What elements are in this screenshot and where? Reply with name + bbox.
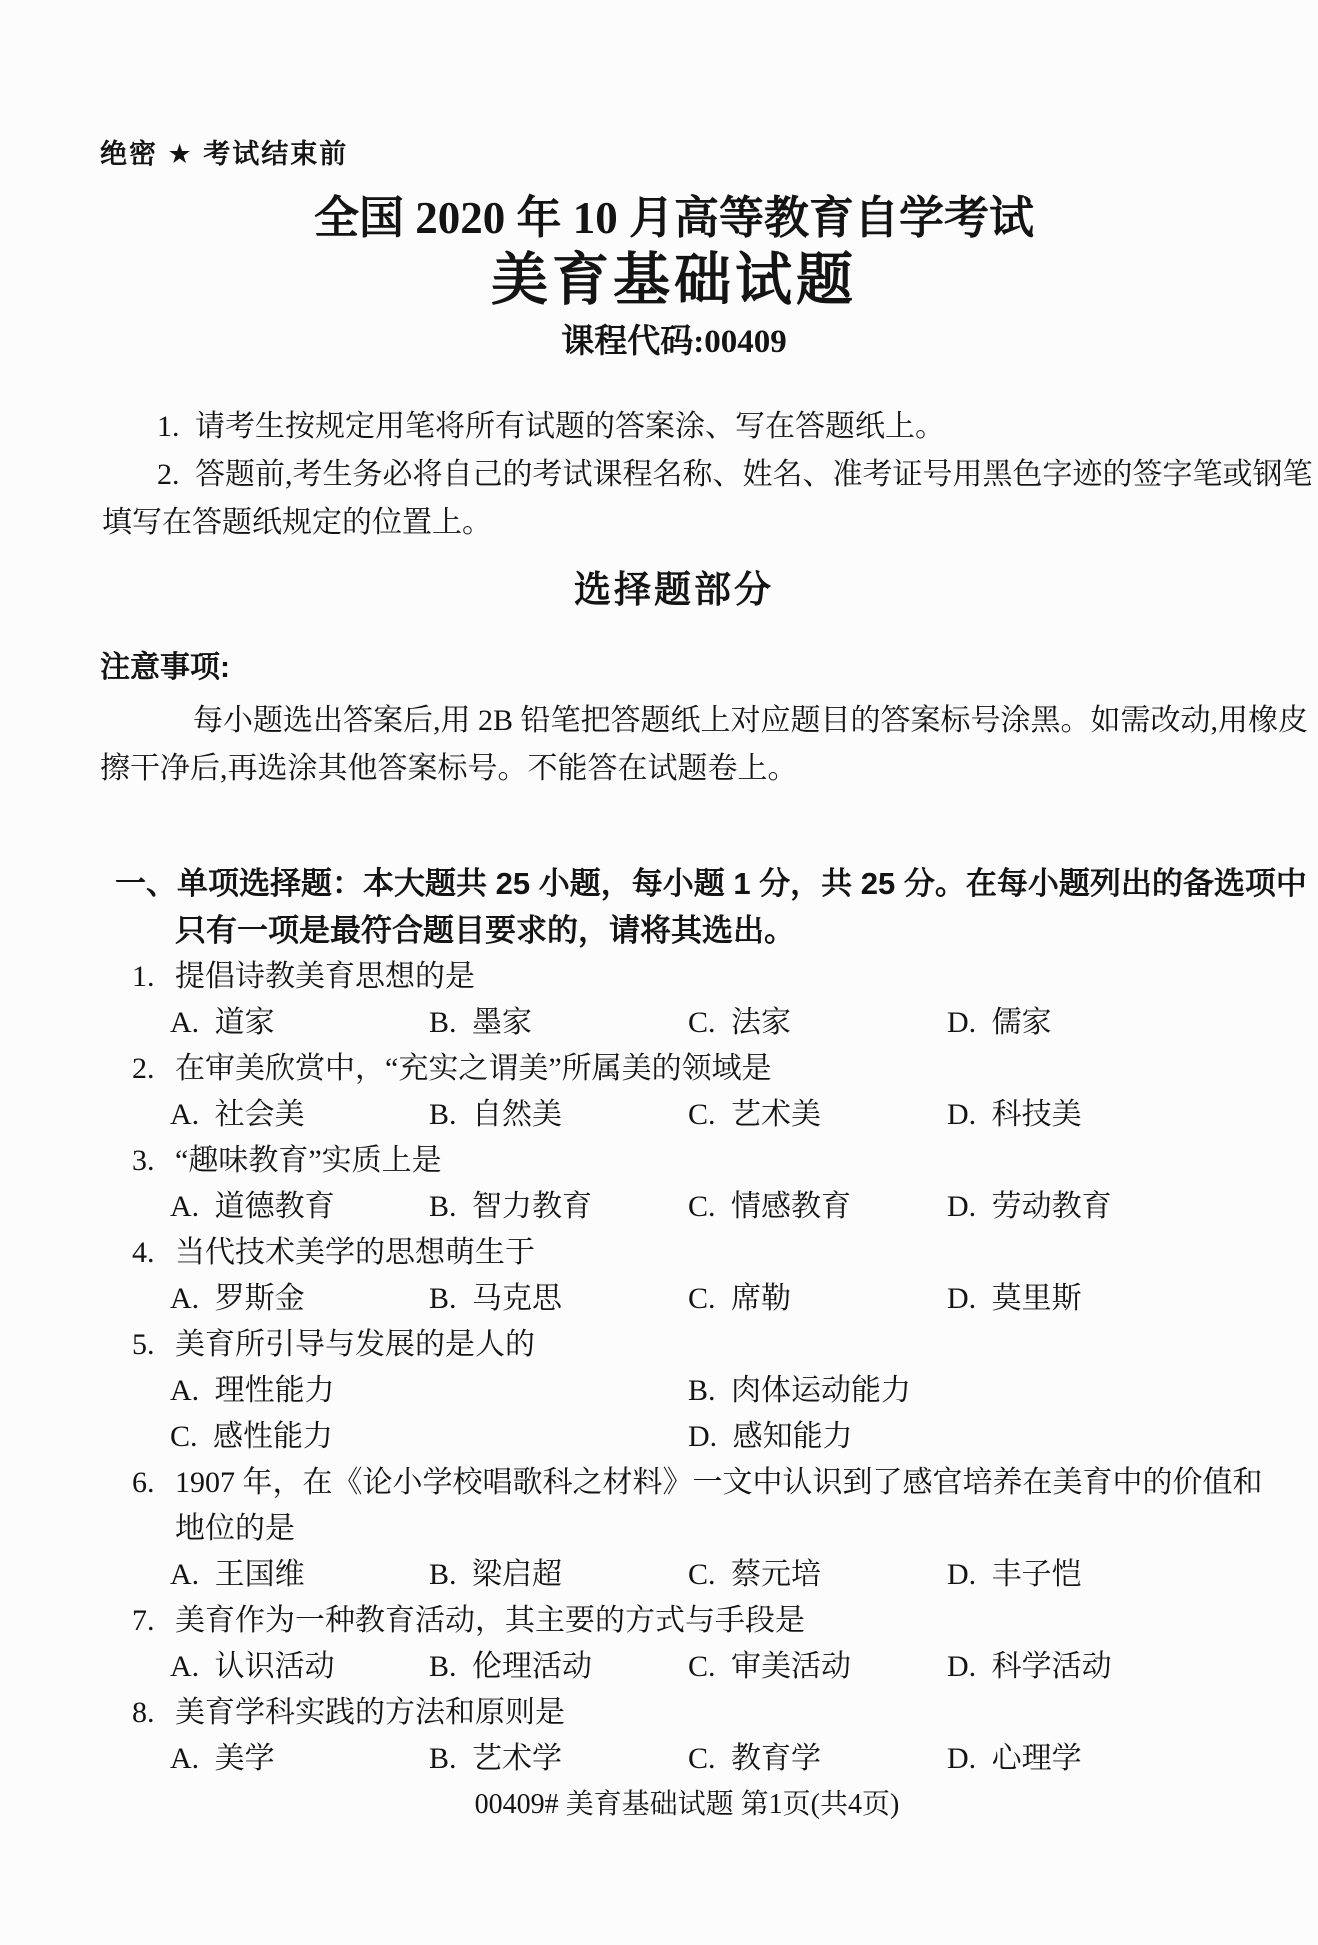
classification-label: 绝密 ★ 考试结束前: [0, 138, 1318, 170]
option-d: D. 感知能力: [688, 1414, 853, 1460]
question-number: 3.: [132, 1138, 175, 1184]
question-number: 5.: [132, 1322, 175, 1368]
question-8: 8.美育学科实践的方法和原则是 A. 美学 B. 艺术学 C. 教育学 D. 心…: [0, 1690, 1318, 1782]
question-4-stem: 4.当代技术美学的思想萌生于: [0, 1230, 1318, 1276]
option-d: D. 劳动教育: [947, 1184, 1112, 1230]
question-number: 4.: [132, 1230, 175, 1276]
question-3: 3.“趣味教育”实质上是 A. 道德教育 B. 智力教育 C. 情感教育 D. …: [0, 1138, 1318, 1230]
question-6: 6.1907 年，在《论小学校唱歌科之材料》一文中认识到了感官培养在美育中的价值…: [0, 1460, 1318, 1598]
option-c: C. 法家: [688, 1000, 947, 1046]
question-text: 提倡诗教美育思想的是: [175, 960, 475, 993]
page-footer: 00409# 美育基础试题 第1页(共4页): [0, 1788, 1318, 1822]
question-1: 1.提倡诗教美育思想的是 A. 道家 B. 墨家 C. 法家 D. 儒家: [0, 954, 1318, 1046]
question-text: 当代技术美学的思想萌生于: [175, 1236, 535, 1269]
option-b: B. 艺术学: [429, 1736, 688, 1782]
option-d: D. 科学活动: [947, 1644, 1112, 1690]
option-d: D. 儒家: [947, 1000, 1052, 1046]
part-heading-line-2: 只有一项是最符合题目要求的，请将其选出。: [0, 907, 1318, 954]
option-b: B. 墨家: [429, 1000, 688, 1046]
question-7-options: A. 认识活动 B. 伦理活动 C. 审美活动 D. 科学活动: [0, 1644, 1318, 1690]
option-b: B. 智力教育: [429, 1184, 688, 1230]
option-a: A. 罗斯金: [170, 1276, 429, 1322]
option-a: A. 理性能力: [170, 1368, 688, 1414]
option-a: A. 认识活动: [170, 1644, 429, 1690]
option-b: B. 马克思: [429, 1276, 688, 1322]
question-text: “趣味教育”实质上是: [175, 1144, 442, 1177]
option-c: C. 情感教育: [688, 1184, 947, 1230]
question-number: 1.: [132, 954, 175, 1000]
question-text: 美育作为一种教育活动，其主要的方式与手段是: [175, 1604, 805, 1637]
question-3-options: A. 道德教育 B. 智力教育 C. 情感教育 D. 劳动教育: [0, 1184, 1318, 1230]
question-5-options-row-1: A. 理性能力 B. 肉体运动能力: [0, 1368, 1318, 1414]
option-b: B. 肉体运动能力: [688, 1368, 911, 1414]
option-a: A. 道家: [170, 1000, 429, 1046]
course-code: 课程代码:00409: [0, 324, 1318, 361]
question-list: 1.提倡诗教美育思想的是 A. 道家 B. 墨家 C. 法家 D. 儒家 2.在…: [0, 954, 1318, 1782]
instruction-line-2-continued: 填写在答题纸规定的位置上。: [0, 499, 1318, 547]
instruction-line-2: 2. 答题前,考生务必将自己的考试课程名称、姓名、准考证号用黑色字迹的签字笔或钢…: [0, 451, 1318, 499]
question-5-stem: 5.美育所引导与发展的是人的: [0, 1322, 1318, 1368]
option-c: C. 感性能力: [170, 1414, 688, 1460]
option-c: C. 教育学: [688, 1736, 947, 1782]
question-2-stem: 2.在审美欣赏中，“充实之谓美”所属美的领域是: [0, 1046, 1318, 1092]
notes-label: 注意事项:: [0, 649, 1318, 687]
question-1-stem: 1.提倡诗教美育思想的是: [0, 954, 1318, 1000]
exam-session-title: 全国 2020 年 10 月高等教育自学考试: [0, 192, 1318, 244]
option-b: B. 伦理活动: [429, 1644, 688, 1690]
question-8-options: A. 美学 B. 艺术学 C. 教育学 D. 心理学: [0, 1736, 1318, 1782]
question-5: 5.美育所引导与发展的是人的 A. 理性能力 B. 肉体运动能力 C. 感性能力…: [0, 1322, 1318, 1460]
part-heading-line-1: 一、单项选择题：本大题共 25 小题，每小题 1 分，共 25 分。在每小题列出…: [0, 860, 1318, 907]
option-a: A. 王国维: [170, 1552, 429, 1598]
question-8-stem: 8.美育学科实践的方法和原则是: [0, 1690, 1318, 1736]
option-a: A. 道德教育: [170, 1184, 429, 1230]
question-2-options: A. 社会美 B. 自然美 C. 艺术美 D. 科技美: [0, 1092, 1318, 1138]
question-number: 8.: [132, 1690, 175, 1736]
question-number: 2.: [132, 1046, 175, 1092]
question-7: 7.美育作为一种教育活动，其主要的方式与手段是 A. 认识活动 B. 伦理活动 …: [0, 1598, 1318, 1690]
question-6-stem: 6.1907 年，在《论小学校唱歌科之材料》一文中认识到了感官培养在美育中的价值…: [0, 1460, 1318, 1506]
question-number: 7.: [132, 1598, 175, 1644]
question-2: 2.在审美欣赏中，“充实之谓美”所属美的领域是 A. 社会美 B. 自然美 C.…: [0, 1046, 1318, 1138]
option-a: A. 社会美: [170, 1092, 429, 1138]
exam-paper-page: 绝密 ★ 考试结束前 全国 2020 年 10 月高等教育自学考试 美育基础试题…: [0, 0, 1318, 1945]
option-d: D. 莫里斯: [947, 1276, 1082, 1322]
question-7-stem: 7.美育作为一种教育活动，其主要的方式与手段是: [0, 1598, 1318, 1644]
question-5-options-row-2: C. 感性能力 D. 感知能力: [0, 1414, 1318, 1460]
option-c: C. 艺术美: [688, 1092, 947, 1138]
option-c: C. 蔡元培: [688, 1552, 947, 1598]
question-6-options: A. 王国维 B. 梁启超 C. 蔡元培 D. 丰子恺: [0, 1552, 1318, 1598]
option-a: A. 美学: [170, 1736, 429, 1782]
question-3-stem: 3.“趣味教育”实质上是: [0, 1138, 1318, 1184]
section-title: 选择题部分: [0, 568, 1318, 612]
question-4-options: A. 罗斯金 B. 马克思 C. 席勒 D. 莫里斯: [0, 1276, 1318, 1322]
option-d: D. 科技美: [947, 1092, 1082, 1138]
notes-line-2: 擦干净后,再选涂其他答案标号。不能答在试题卷上。: [0, 745, 1318, 793]
option-b: B. 梁启超: [429, 1552, 688, 1598]
subject-title: 美育基础试题: [0, 250, 1318, 310]
question-4: 4.当代技术美学的思想萌生于 A. 罗斯金 B. 马克思 C. 席勒 D. 莫里…: [0, 1230, 1318, 1322]
question-text: 在审美欣赏中，“充实之谓美”所属美的领域是: [175, 1052, 772, 1085]
question-6-stem-continued: 地位的是: [0, 1506, 1318, 1552]
option-d: D. 心理学: [947, 1736, 1082, 1782]
question-number: 6.: [132, 1460, 175, 1506]
instruction-line-1: 1. 请考生按规定用笔将所有试题的答案涂、写在答题纸上。: [0, 403, 1318, 451]
option-b: B. 自然美: [429, 1092, 688, 1138]
question-text: 美育所引导与发展的是人的: [175, 1328, 535, 1361]
question-text: 美育学科实践的方法和原则是: [175, 1696, 565, 1729]
option-d: D. 丰子恺: [947, 1552, 1082, 1598]
option-c: C. 席勒: [688, 1276, 947, 1322]
question-text: 1907 年，在《论小学校唱歌科之材料》一文中认识到了感官培养在美育中的价值和: [175, 1466, 1263, 1499]
question-1-options: A. 道家 B. 墨家 C. 法家 D. 儒家: [0, 1000, 1318, 1046]
notes-line-1: 每小题选出答案后,用 2B 铅笔把答题纸上对应题目的答案标号涂黑。如需改动,用橡…: [0, 697, 1318, 745]
option-c: C. 审美活动: [688, 1644, 947, 1690]
